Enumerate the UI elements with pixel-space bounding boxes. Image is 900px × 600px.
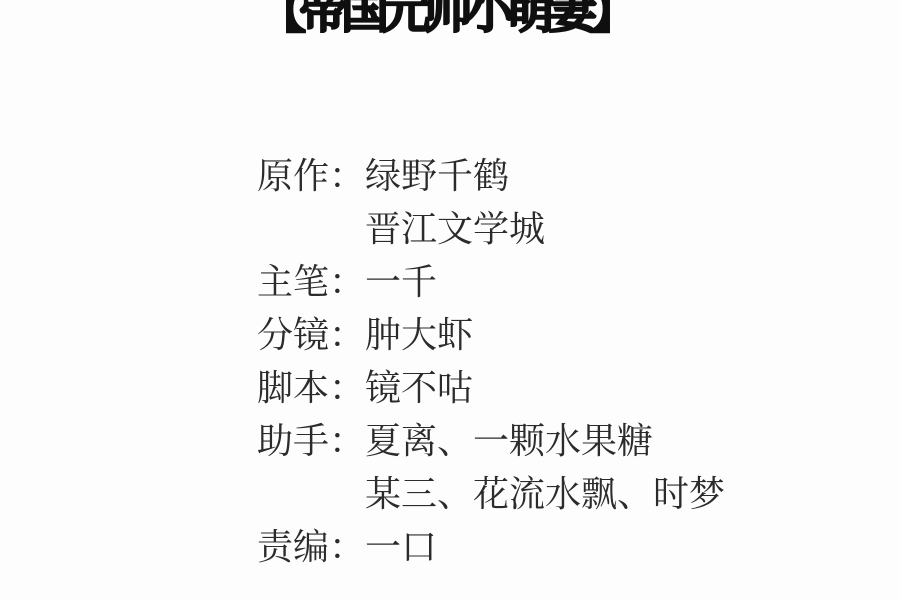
credit-label: 脚本：	[257, 362, 365, 415]
credit-row-assistants-2: 某三、花流水飘、时梦	[257, 468, 725, 521]
credit-row-original-work: 原作： 绿野千鹤	[257, 150, 725, 203]
credit-row-editor: 责编： 一口	[257, 521, 725, 574]
credit-label	[257, 203, 365, 256]
credit-label: 主笔：	[257, 256, 365, 309]
credit-value: 某三、花流水飘、时梦	[365, 468, 725, 521]
credit-row-storyboard: 分镜： 肿大虾	[257, 309, 725, 362]
credit-label: 责编：	[257, 521, 365, 574]
credits-list: 原作： 绿野千鹤 晋江文学城 主笔： 一千 分镜： 肿大虾 脚本： 镜不咕 助手…	[257, 150, 725, 574]
credit-value: 绿野千鹤	[365, 150, 509, 203]
credit-value: 一千	[365, 256, 437, 309]
credit-row-original-site: 晋江文学城	[257, 203, 725, 256]
credit-value: 肿大虾	[365, 309, 473, 362]
credit-label: 原作：	[257, 150, 365, 203]
page-title: 【帝国元帅小萌妻】	[258, 0, 632, 35]
credits-page: 【帝国元帅小萌妻】 原作： 绿野千鹤 晋江文学城 主笔： 一千 分镜： 肿大虾 …	[0, 0, 900, 600]
credit-label	[257, 468, 365, 521]
credit-row-assistants-1: 助手： 夏离、一颗水果糖	[257, 415, 725, 468]
credit-value: 夏离、一颗水果糖	[365, 415, 653, 468]
credit-value: 一口	[365, 521, 437, 574]
credit-value: 镜不咕	[365, 362, 473, 415]
credit-label: 分镜：	[257, 309, 365, 362]
credit-value: 晋江文学城	[365, 203, 545, 256]
credit-row-lead-artist: 主笔： 一千	[257, 256, 725, 309]
credit-label: 助手：	[257, 415, 365, 468]
credit-row-script: 脚本： 镜不咕	[257, 362, 725, 415]
